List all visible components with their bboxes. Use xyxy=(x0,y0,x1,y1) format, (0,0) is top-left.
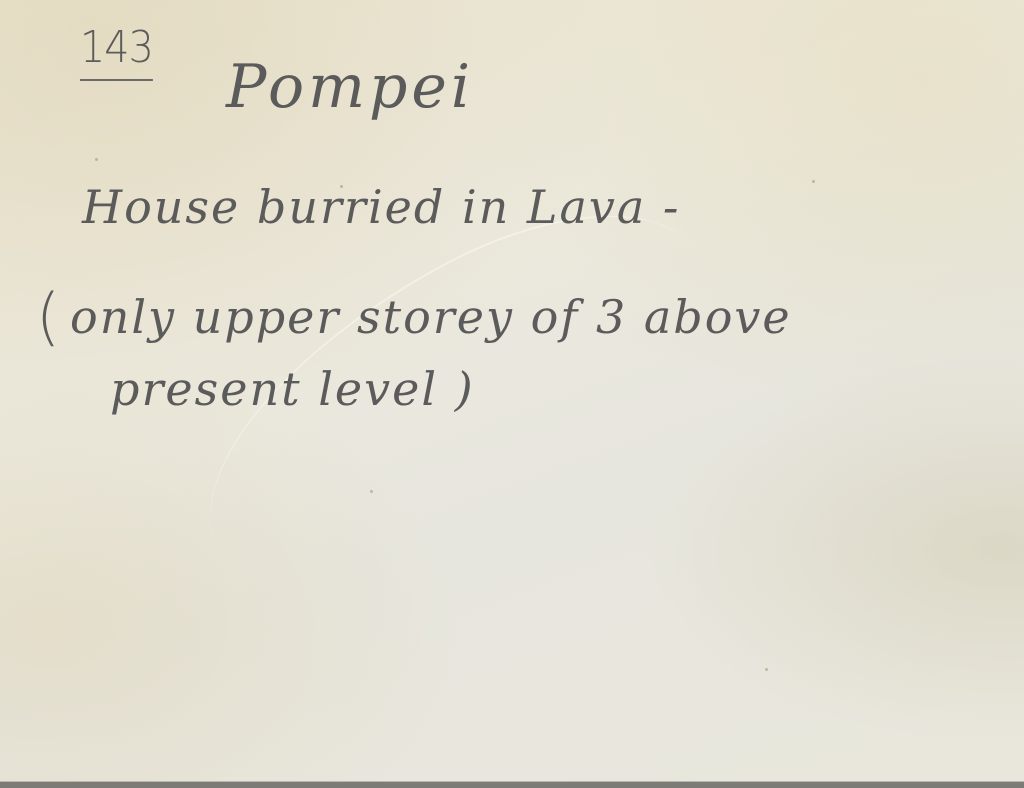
note-open-paren: ( xyxy=(36,280,61,353)
paper-fold-crease xyxy=(150,157,814,740)
note-line-3: present level ) xyxy=(110,362,475,416)
paper-speck xyxy=(812,180,815,183)
paper-speck xyxy=(765,668,768,671)
note-title: Pompei xyxy=(226,52,474,122)
scanned-paper: 143 Pompei House burried in Lava - ( onl… xyxy=(0,0,1024,782)
reference-number: 143 xyxy=(80,22,153,81)
paper-speck xyxy=(370,490,373,493)
note-line-1: House burried in Lava - xyxy=(82,180,680,234)
note-line-2: only upper storey of 3 above xyxy=(70,290,792,344)
scan-bottom-edge xyxy=(0,781,1024,788)
paper-speck xyxy=(95,158,98,161)
